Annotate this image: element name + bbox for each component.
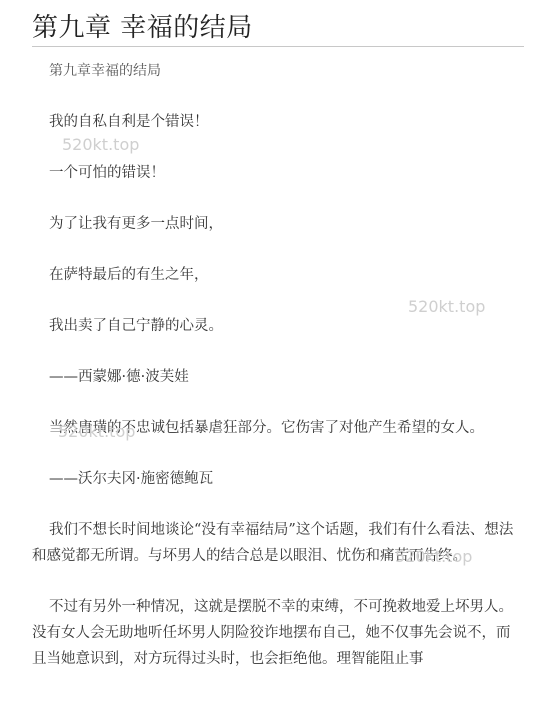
chapter-content: 第九章幸福的结局 我的自私自利是个错误！ 一个可怕的错误！ 为了让我有更多一点时… [32,58,522,697]
paragraph: 当然唐璜的不忠诚包括暴虐狂部分。它伤害了对他产生希望的女人。 [32,415,522,441]
quote-attribution: ——沃尔夫冈·施密德鲍瓦 [32,466,522,492]
paragraph: 在萨特最后的有生之年， [32,262,522,288]
paragraph: 一个可怕的错误！ [32,160,522,186]
quote-attribution: ——西蒙娜·德·波芙娃 [32,364,522,390]
paragraph: 我出卖了自己宁静的心灵。 [32,313,522,339]
paragraph: 不过有另外一种情况，这就是摆脱不幸的束缚，不可挽救地爱上坏男人。没有女人会无助地… [32,594,522,672]
chapter-subtitle: 第九章幸福的结局 [32,58,522,84]
chapter-title: 第九章 幸福的结局 [32,10,524,47]
paragraph: 我们不想长时间地谈论“没有幸福结局”这个话题，我们有什么看法、想法和感觉都无所谓… [32,517,522,569]
paragraph: 为了让我有更多一点时间， [32,211,522,237]
paragraph: 我的自私自利是个错误！ [32,109,522,135]
